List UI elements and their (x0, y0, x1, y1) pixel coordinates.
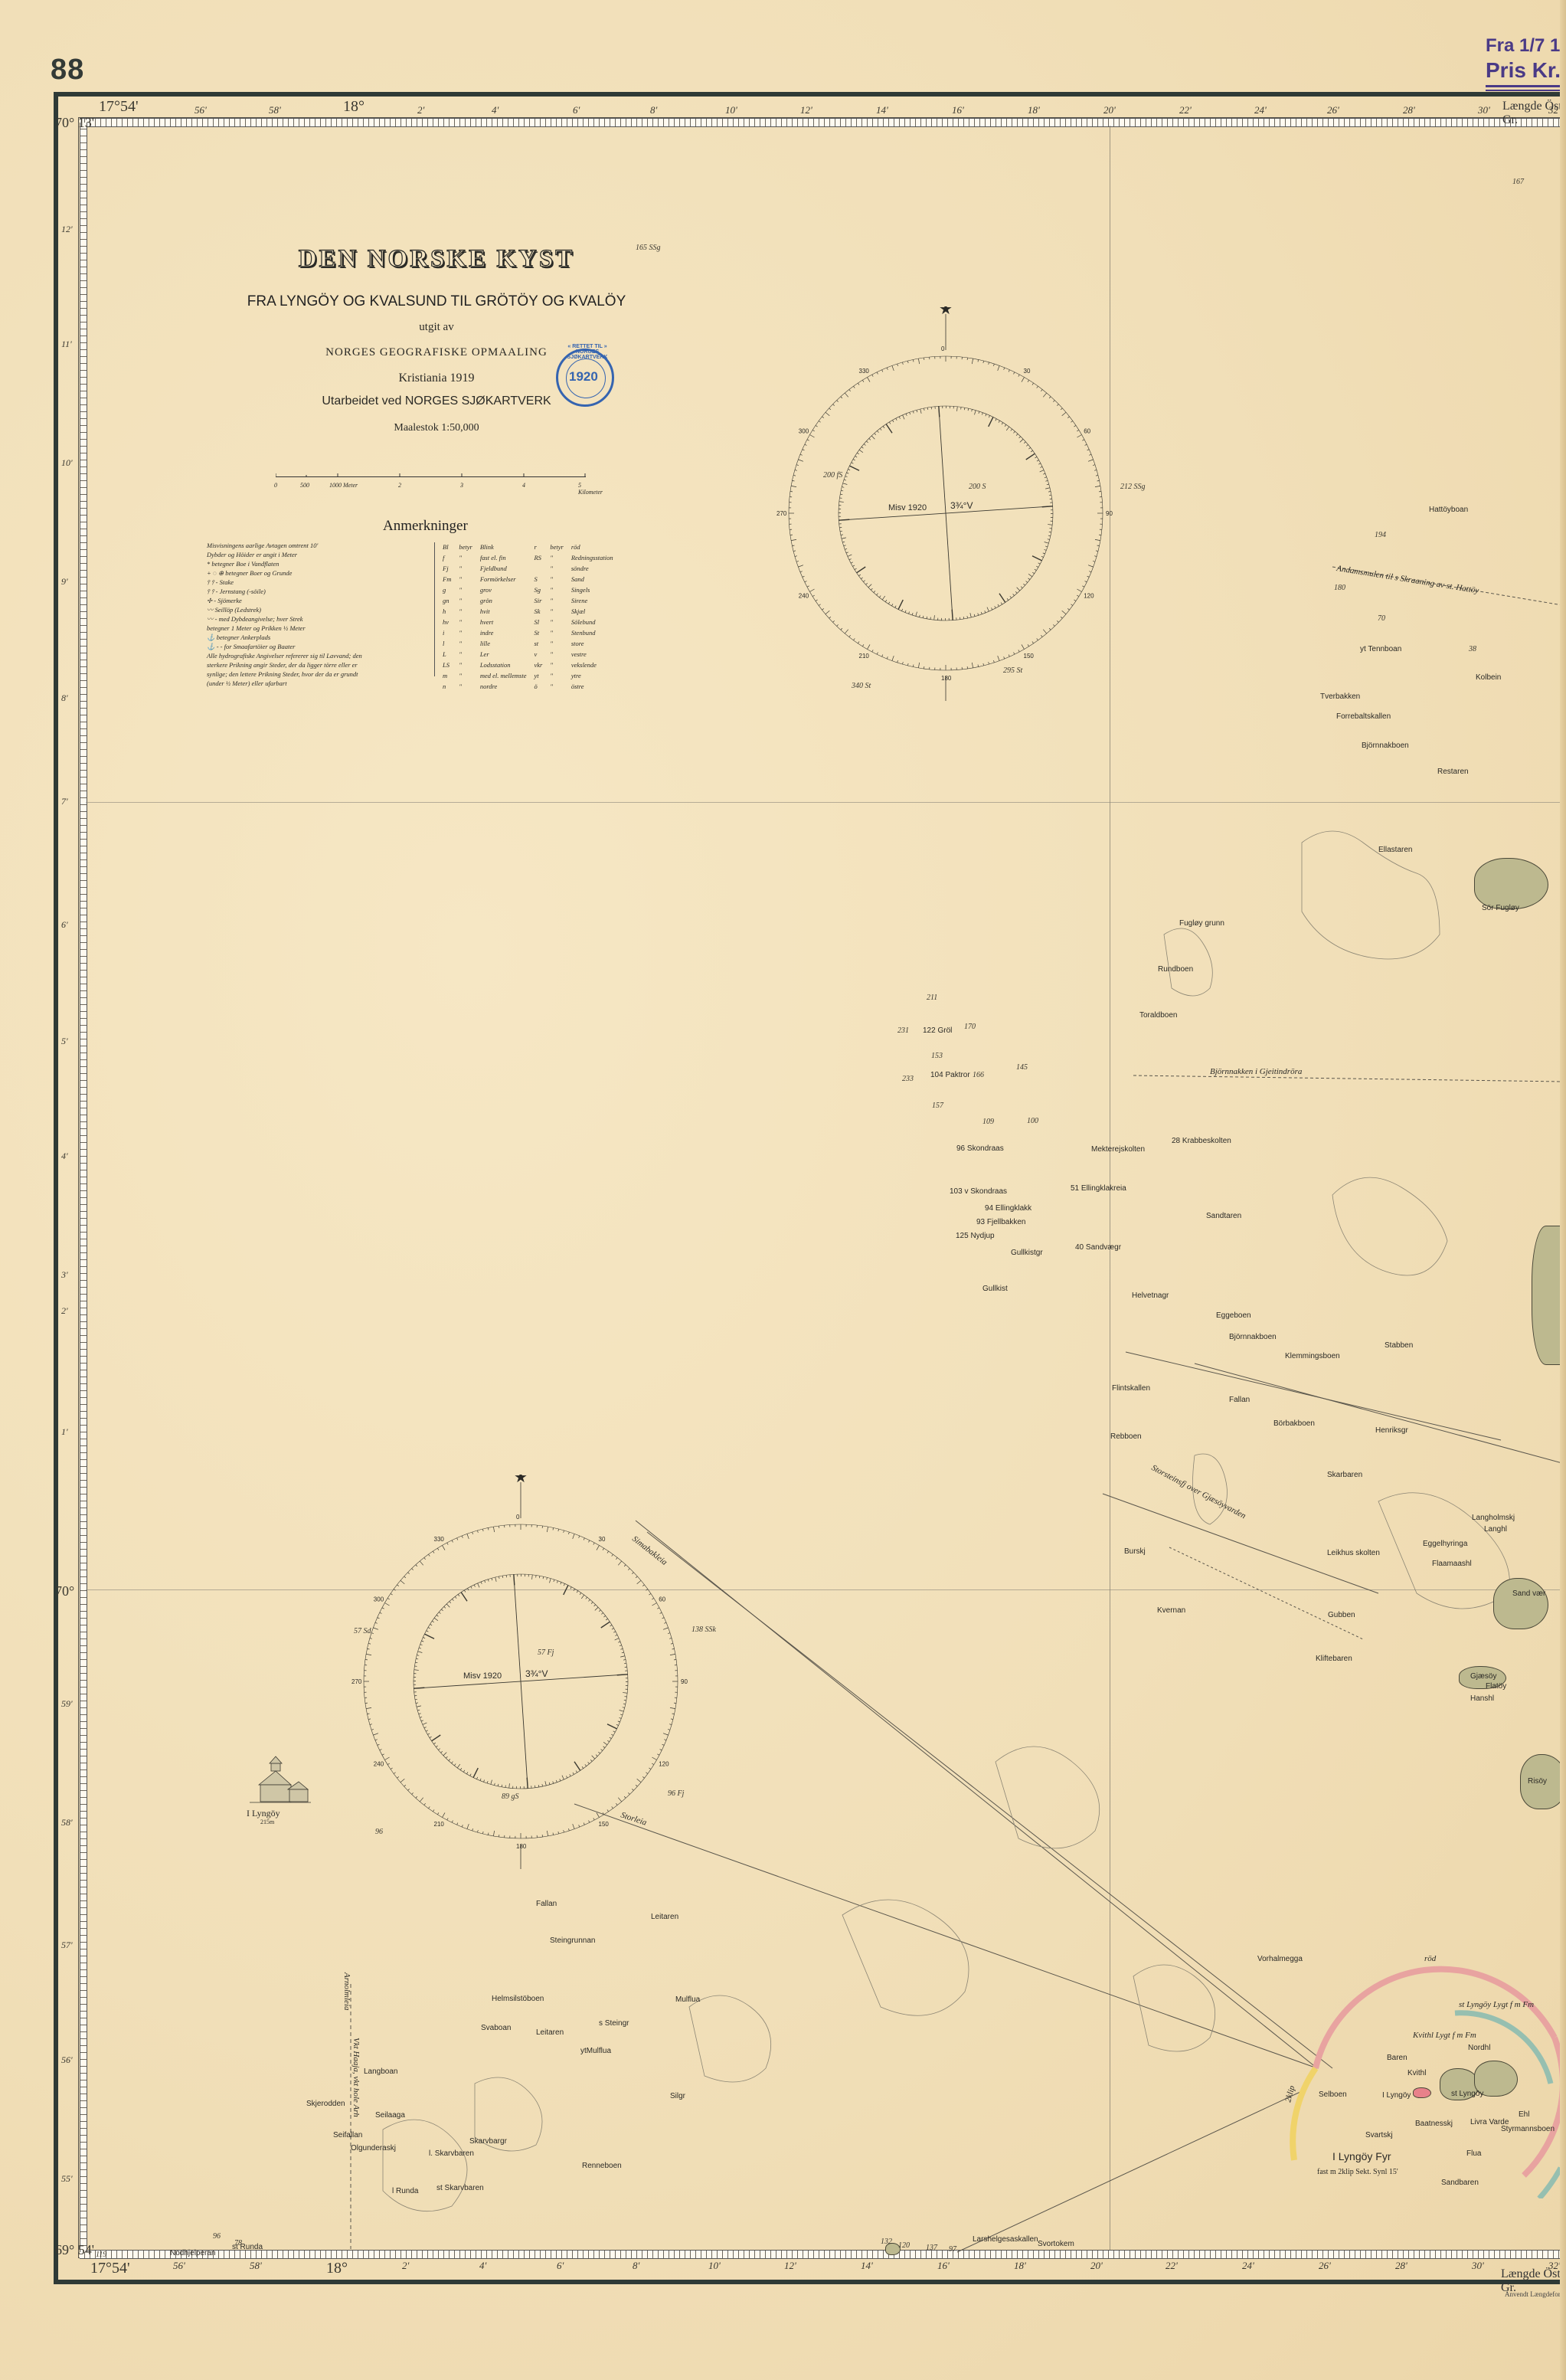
place-name: Forrebaltskallen (1336, 712, 1391, 721)
place-name: Stabben (1385, 1341, 1413, 1350)
place-name: 93 Fjellbakken (976, 1218, 1025, 1226)
place-name: Flaamaashl (1432, 1560, 1472, 1568)
leading-line-label: Björnnakken i Gjeitindröra (1210, 1067, 1303, 1076)
place-name: Gjæsöy (1470, 1672, 1496, 1681)
depth-sounding: 145 (1016, 1063, 1028, 1072)
island-sandvaer (1493, 1578, 1548, 1629)
place-name: Burskj (1124, 1547, 1146, 1556)
place-name: Börbakboen (1273, 1419, 1315, 1428)
place-name: 51 Ellingklakreia (1071, 1184, 1126, 1193)
lighthouse-characteristic: fast m 2klip Sekt. Synl 15' (1317, 2168, 1398, 2176)
sector-label-2klip: 2klip (1283, 2084, 1296, 2103)
lighthouse-elevation-icon (250, 1754, 311, 1803)
place-name: Styrmannsboen (1501, 2125, 1555, 2133)
place-name: Langholmskj (1472, 1514, 1515, 1522)
place-name: Toraldboen (1139, 1011, 1177, 1020)
depth-sounding: 96 (213, 2232, 221, 2241)
place-name: Eggeboen (1216, 1311, 1251, 1320)
leading-line-label: Andamsmulen til s Skraaning av st. Hattö… (1336, 564, 1480, 595)
place-name: st Lyngöy (1451, 2090, 1483, 2098)
place-name: Selboen (1319, 2090, 1347, 2099)
place-name: Baren (1387, 2054, 1407, 2062)
place-name: s Steingr (599, 2019, 629, 2028)
place-name: Fallan (1229, 1396, 1250, 1404)
place-name: Seilaaga (375, 2111, 405, 2120)
place-name: Renneboen (582, 2162, 622, 2170)
place-name: 28 Krabbeskolten (1172, 1137, 1231, 1145)
place-name: Sör Fugløy (1482, 904, 1519, 912)
depth-sounding: 233 (902, 1075, 914, 1083)
place-name: Nordhl (1468, 2044, 1490, 2052)
place-name: Steingrunnan (550, 1936, 596, 1945)
depth-sounding: 119 (96, 2251, 106, 2259)
depth-sounding: 340 St (852, 682, 871, 690)
place-name: Kvernan (1157, 1606, 1185, 1615)
place-name: Larshelgesaskallen (973, 2235, 1038, 2244)
depth-sounding: 194 (1375, 531, 1386, 539)
depth-sounding: 200 S (969, 483, 986, 491)
place-name: st Skarvbaren (436, 2184, 484, 2192)
lighthouse-view-caption: I Lyngöy (247, 1808, 280, 1819)
place-name: Fallan (536, 1900, 557, 1908)
place-name: Rundboen (1158, 965, 1193, 974)
place-name: Leitaren (651, 1913, 678, 1921)
depth-sounding: 97 (949, 2245, 956, 2254)
place-name: Vorhalmegga (1257, 1955, 1303, 1963)
leading-line-storleia (574, 1804, 1317, 2068)
place-name: Leikhus skolten (1327, 1549, 1380, 1557)
leading-line-label: Simabakleia (630, 1534, 669, 1567)
place-name: Sand vær (1512, 1589, 1545, 1598)
leading-line-henriksgr-2 (1195, 1364, 1562, 1463)
depth-sounding: 57 Fj (538, 1648, 554, 1657)
sector-green-arc-south (1539, 2168, 1561, 2198)
place-name: Sandbaren (1441, 2179, 1479, 2187)
sector-label-rod: röd (1424, 1954, 1437, 1963)
depth-sounding: 153 (931, 1052, 943, 1060)
sector-red-arc (1316, 1969, 1555, 2068)
place-name: Ellastaren (1378, 846, 1412, 854)
place-name: Henriksgr (1375, 1426, 1408, 1435)
place-name: Helvetnagr (1132, 1291, 1169, 1300)
place-name: Mulflua (675, 1995, 700, 2004)
paper-edge (1560, 0, 1566, 2380)
depth-sounding: 212 SSg (1120, 483, 1146, 491)
leading-line-label: Vkt Haaja, vkt hole Arh (351, 2038, 361, 2117)
place-name: ytMulflua (580, 2047, 611, 2055)
depth-sounding: 89 gS (502, 1792, 519, 1801)
depth-sounding: 137 (926, 2244, 937, 2252)
place-name: I Lyngöy (1382, 2091, 1411, 2100)
leading-line-label: Storsteinsfj over Gjæsöyvarden (1150, 1463, 1248, 1521)
place-name: Gullkist (982, 1285, 1008, 1293)
depth-sounding: 109 (982, 1118, 994, 1126)
place-name: Gubben (1328, 1611, 1355, 1619)
depth-sounding: 165 SSg (636, 244, 661, 252)
place-name: Ehl (1519, 2110, 1529, 2119)
depth-sounding: 157 (932, 1102, 943, 1110)
depth-sounding: 132 (881, 2238, 892, 2246)
place-name: Skarvbargr (469, 2137, 507, 2146)
sector-label-inner-light: st Lyngöy Lygt f m Fm (1459, 2000, 1534, 2009)
place-name: Klemmingsboen (1285, 1352, 1340, 1360)
leading-line-bjornnakken (1133, 1075, 1562, 1082)
depth-sounding: 231 (897, 1026, 909, 1035)
sector-label-kvithl: Kvithl Lygt f m Fm (1412, 2031, 1476, 2040)
depth-sounding: 170 (964, 1023, 976, 1031)
place-name: Björnnakboen (1362, 741, 1409, 750)
place-name: Kvithl (1407, 2069, 1426, 2077)
depth-sounding: 211 (927, 994, 937, 1002)
depth-sounding: 120 (898, 2241, 910, 2250)
depth-sounding: 78 (234, 2239, 242, 2247)
place-name: 125 Nydjup (956, 1232, 995, 1240)
place-name: Björnnakboen (1229, 1333, 1277, 1341)
place-name: Kolbein (1476, 673, 1501, 682)
leading-line-label: Arnolmleia (342, 1972, 351, 2011)
lighthouse-name: I Lyngöy Fyr (1332, 2150, 1391, 2162)
depth-sounding: 166 (973, 1071, 984, 1079)
place-name: Fugløy grunn (1179, 919, 1224, 928)
place-name: Hanshl (1470, 1694, 1494, 1703)
place-name: Silgr (670, 2092, 685, 2100)
depth-sounding: 96 (375, 1828, 383, 1836)
depth-sounding: 38 (1469, 645, 1476, 653)
island-sor-fugloy (1474, 858, 1548, 909)
depth-sounding: 295 St (1003, 666, 1022, 675)
place-name: Restaren (1437, 768, 1469, 776)
place-name: Sandtaren (1206, 1212, 1241, 1220)
place-name: Nödhjelperan (170, 2249, 216, 2257)
place-name: l. Skarvbaren (429, 2149, 474, 2158)
leading-line-simabakleia-2 (647, 1532, 1332, 2068)
place-name: Flua (1466, 2149, 1481, 2158)
place-name: Flatöy (1486, 1682, 1506, 1691)
place-name: Svaboan (481, 2024, 511, 2032)
place-name: Svartskj (1365, 2131, 1393, 2139)
place-name: Gullkistgr (1011, 1249, 1043, 1257)
place-name: 40 Sandvægr (1075, 1243, 1121, 1252)
depth-sounding: 70 (1378, 614, 1385, 623)
depth-sounding: 180 (1334, 584, 1345, 592)
place-name: Seifallan (333, 2131, 362, 2139)
place-name: 122 Gröl (923, 1026, 952, 1035)
place-name: Mekterejskolten (1091, 1145, 1145, 1154)
place-name: Kliftebaren (1316, 1655, 1352, 1663)
place-name: Flintskallen (1112, 1384, 1150, 1393)
lighthouse-view-height: 215m (260, 1819, 274, 1825)
place-name: Risöy (1528, 1777, 1547, 1786)
place-name: Helmsilstöboen (492, 1995, 544, 2003)
place-name: Skjerodden (306, 2100, 345, 2108)
depth-sounding: 96 Fj (668, 1789, 684, 1798)
leading-line-south (957, 2091, 1302, 2252)
place-name: Eggelhyringa (1423, 1540, 1467, 1548)
place-name: l Runda (392, 2187, 418, 2195)
place-name: Tverbakken (1320, 692, 1360, 701)
place-name: 94 Ellingklakk (985, 1204, 1031, 1213)
leading-line-storsteinsfj (1169, 1547, 1363, 1639)
place-name: Olgunderaskj (351, 2144, 396, 2152)
depth-sounding: 167 (1512, 178, 1524, 186)
depth-sounding: 57 Sd (354, 1627, 371, 1635)
depth-sounding: 100 (1027, 1117, 1038, 1125)
place-name: Langhl (1484, 1525, 1507, 1534)
place-name: Svortokem (1038, 2240, 1074, 2248)
place-name: Baatnesskj (1415, 2120, 1453, 2128)
depth-sounding: 200 fS (823, 471, 842, 480)
place-name: Leitaren (536, 2028, 564, 2037)
place-name: Langboan (364, 2067, 398, 2076)
place-name: 103 v Skondraas (950, 1187, 1007, 1196)
place-name: 96 Skondraas (956, 1144, 1004, 1153)
place-name: yt Tennboan (1360, 645, 1401, 653)
place-name: Hattöyboan (1429, 506, 1468, 514)
sector-yellow-arc (1293, 2068, 1316, 2160)
depth-sounding: 138 SSk (691, 1625, 716, 1634)
place-name: Rebboen (1110, 1432, 1142, 1441)
place-name: 104 Paktror (930, 1071, 970, 1079)
place-name: Skarbaren (1327, 1471, 1362, 1479)
